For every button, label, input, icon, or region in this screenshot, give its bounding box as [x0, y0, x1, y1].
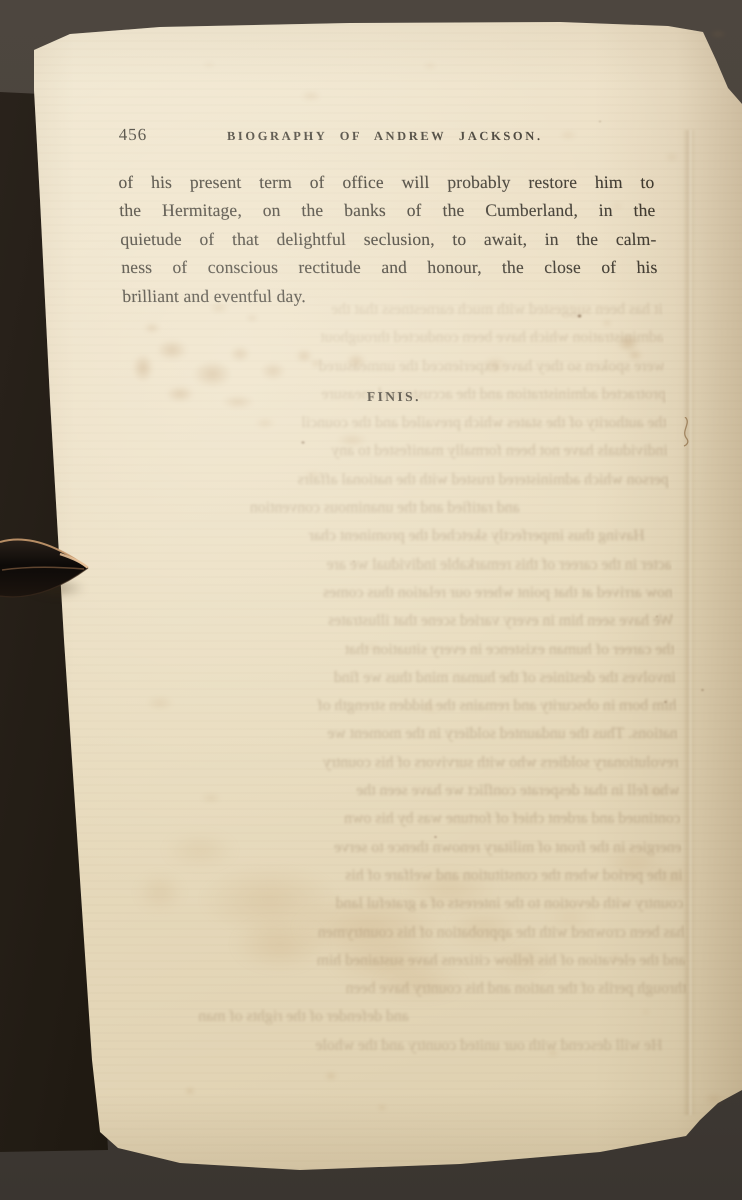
body-paragraph: of his present term of office will proba…: [118, 168, 659, 310]
book-clasp: [0, 520, 100, 620]
photo-frame: it has been suggested with much earnestn…: [0, 0, 742, 1200]
running-header: BIOGRAPHY OF ANDREW JACKSON.: [117, 129, 654, 144]
finis-label: FINIS.: [126, 389, 663, 405]
page-crease: [683, 130, 695, 1115]
stain: [705, 28, 731, 40]
body-line: of his present term of office will proba…: [118, 168, 655, 196]
body-line: ness of conscious rectitude and honour, …: [121, 253, 658, 281]
body-line: brilliant and eventful day.: [122, 282, 659, 310]
printed-content: 456 BIOGRAPHY OF ANDREW JACKSON. of his …: [112, 0, 690, 1200]
body-line: the Hermitage, on the banks of the Cumbe…: [119, 196, 656, 224]
paper-fiber: [679, 417, 695, 447]
body-line: quietude of that delightful seclusion, t…: [120, 225, 657, 253]
